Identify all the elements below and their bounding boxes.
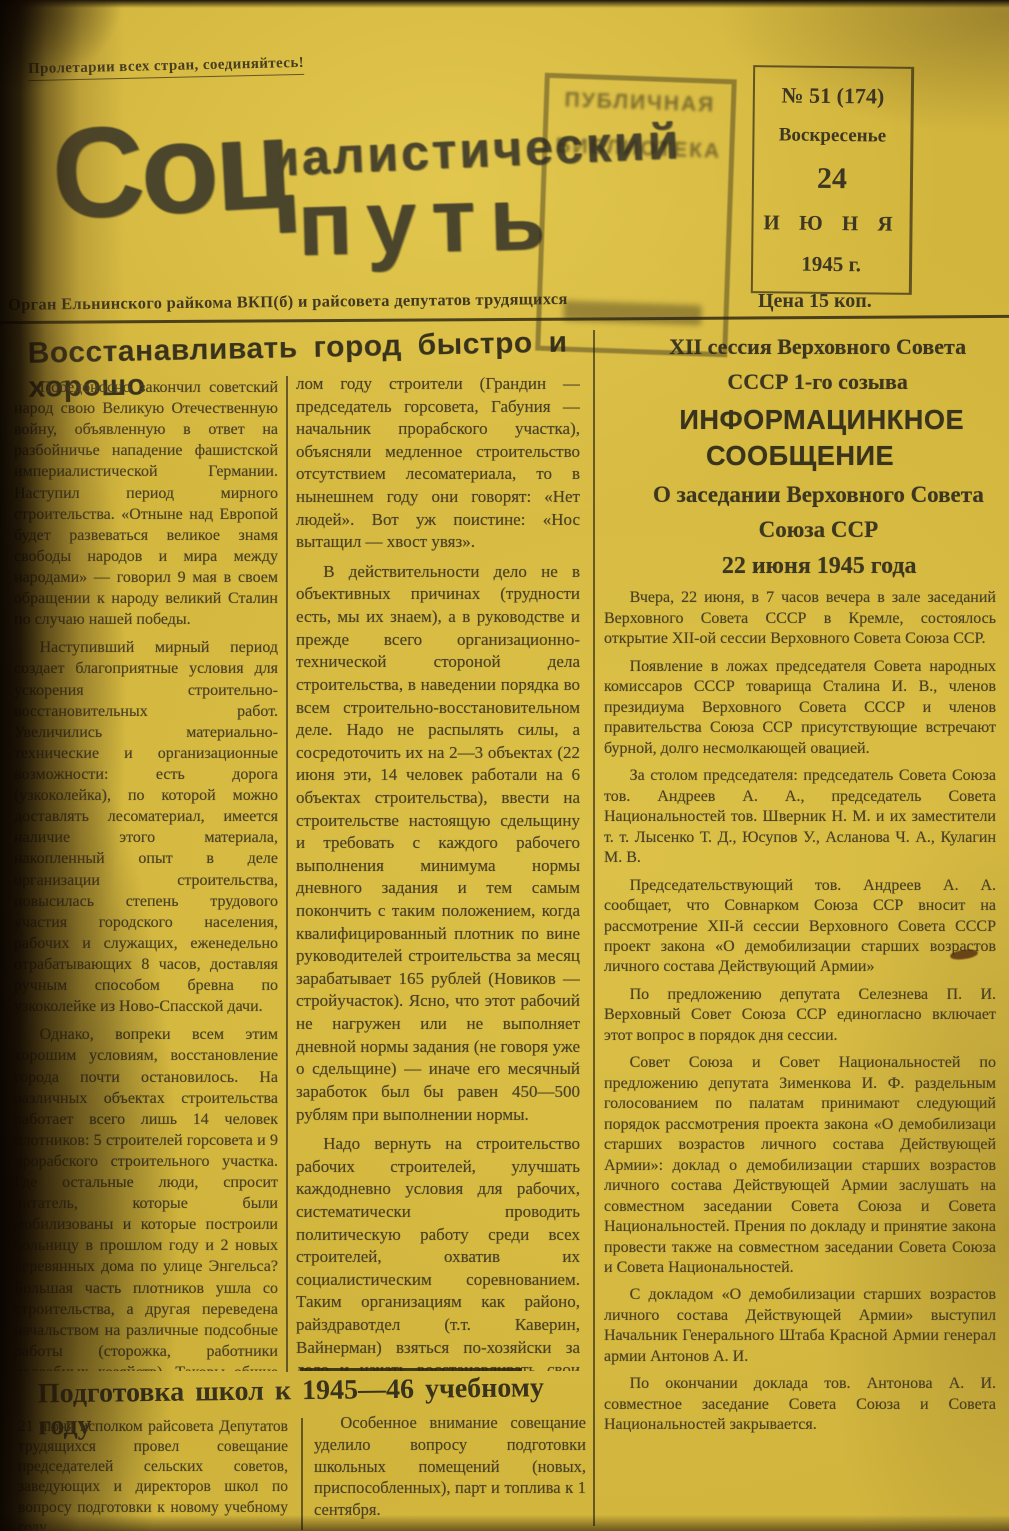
article3-column1: 21 июня исполком райсовета Депутатов тру… (18, 1417, 288, 1529)
article1-column2: лом году строители (Грандин — председате… (296, 373, 580, 1371)
article1-paragraph: Наступивший мирный период создает благоп… (14, 637, 278, 1017)
article1-paragraph: В действительности дело не в объективных… (296, 561, 580, 1126)
issue-number: № 51 (174) (781, 83, 884, 110)
issue-weekday: Воскресенье (779, 124, 887, 147)
newspaper-page: Пролетарии всех стран, соединяйтесь! ПУБ… (0, 0, 1009, 1531)
article2-paragraph: С докладом «О демобилизации старших возр… (604, 1285, 996, 1367)
article2-kicker-line2: СССР 1-го созыва (604, 368, 996, 396)
article2-subhead-line1: О заседании Верховного Совета (604, 481, 996, 509)
issue-box: № 51 (174) Воскресенье 24 И Ю Н Я 1945 г… (751, 65, 914, 295)
column-divider-3 (301, 1418, 303, 1530)
article2-paragraph: Появление в ложах председателя Совета на… (604, 657, 996, 759)
article2-subhead-line2: Союза ССР (604, 516, 996, 544)
masthead-line2: путь (297, 179, 560, 267)
issue-year: 1945 г. (801, 251, 861, 277)
article3-paragraph: 21 июня исполком райсовета Депутатов тру… (18, 1417, 288, 1529)
article2-paragraph: По окончании доклада тов. Антонова А. И.… (604, 1374, 996, 1435)
issue-month: И Ю Н Я (763, 211, 899, 237)
stamp-smudge (563, 301, 702, 326)
article1-column1: Победоносно закончил советский народ сво… (14, 377, 278, 1371)
masthead-part1: Соц (49, 106, 292, 233)
article2-paragraph: Председательствующий тов. Андреев А. А. … (604, 876, 996, 978)
article2-paragraph: По предложению депутата Селезнева П. И. … (604, 985, 996, 1046)
article1-paragraph: Надо вернуть на строительство рабочих ст… (296, 1133, 580, 1371)
column-divider-1 (286, 376, 288, 1372)
price: Цена 15 коп. (758, 290, 872, 313)
article1-paragraph: Однако, вопреки всем этим хорошим услови… (14, 1024, 278, 1371)
stamp-line-2: БИБЛИОТЕКА (547, 134, 730, 164)
library-stamp: ПУБЛИЧНАЯ БИБЛИОТЕКА (535, 73, 737, 358)
article2-column: XII сессия Верховного Совета СССР 1-го с… (604, 333, 996, 1525)
article2-paragraph: Совет Союза и Совет Национальностей по п… (604, 1053, 996, 1278)
article2-headline: ИНФОРМАЦИНКНОЕ СООБЩЕНИЕ (610, 402, 990, 474)
issue-day: 24 (817, 162, 847, 196)
article2-subhead-date: 22 июня 1945 года (604, 551, 996, 582)
article1-paragraph: лом году строители (Грандин — председате… (296, 373, 580, 554)
article1-paragraph: Победоносно закончил советский народ сво… (14, 377, 278, 630)
column-divider-2 (593, 330, 595, 1526)
article3-paragraph: Особенное внимание совещание уделило воп… (314, 1412, 586, 1521)
stamp-line-1: ПУБЛИЧНАЯ (549, 88, 732, 118)
article3-column2: Особенное внимание совещание уделило воп… (314, 1412, 586, 1530)
article3-top-rule (300, 1368, 522, 1371)
article2-paragraph: За столом председателя: председатель Сов… (604, 766, 996, 868)
article2-paragraph: Вчера, 22 июня, в 7 часов вечера в зале … (604, 588, 996, 649)
slogan: Пролетарии всех стран, соединяйтесь! (28, 55, 305, 81)
header-rule (0, 315, 1009, 324)
